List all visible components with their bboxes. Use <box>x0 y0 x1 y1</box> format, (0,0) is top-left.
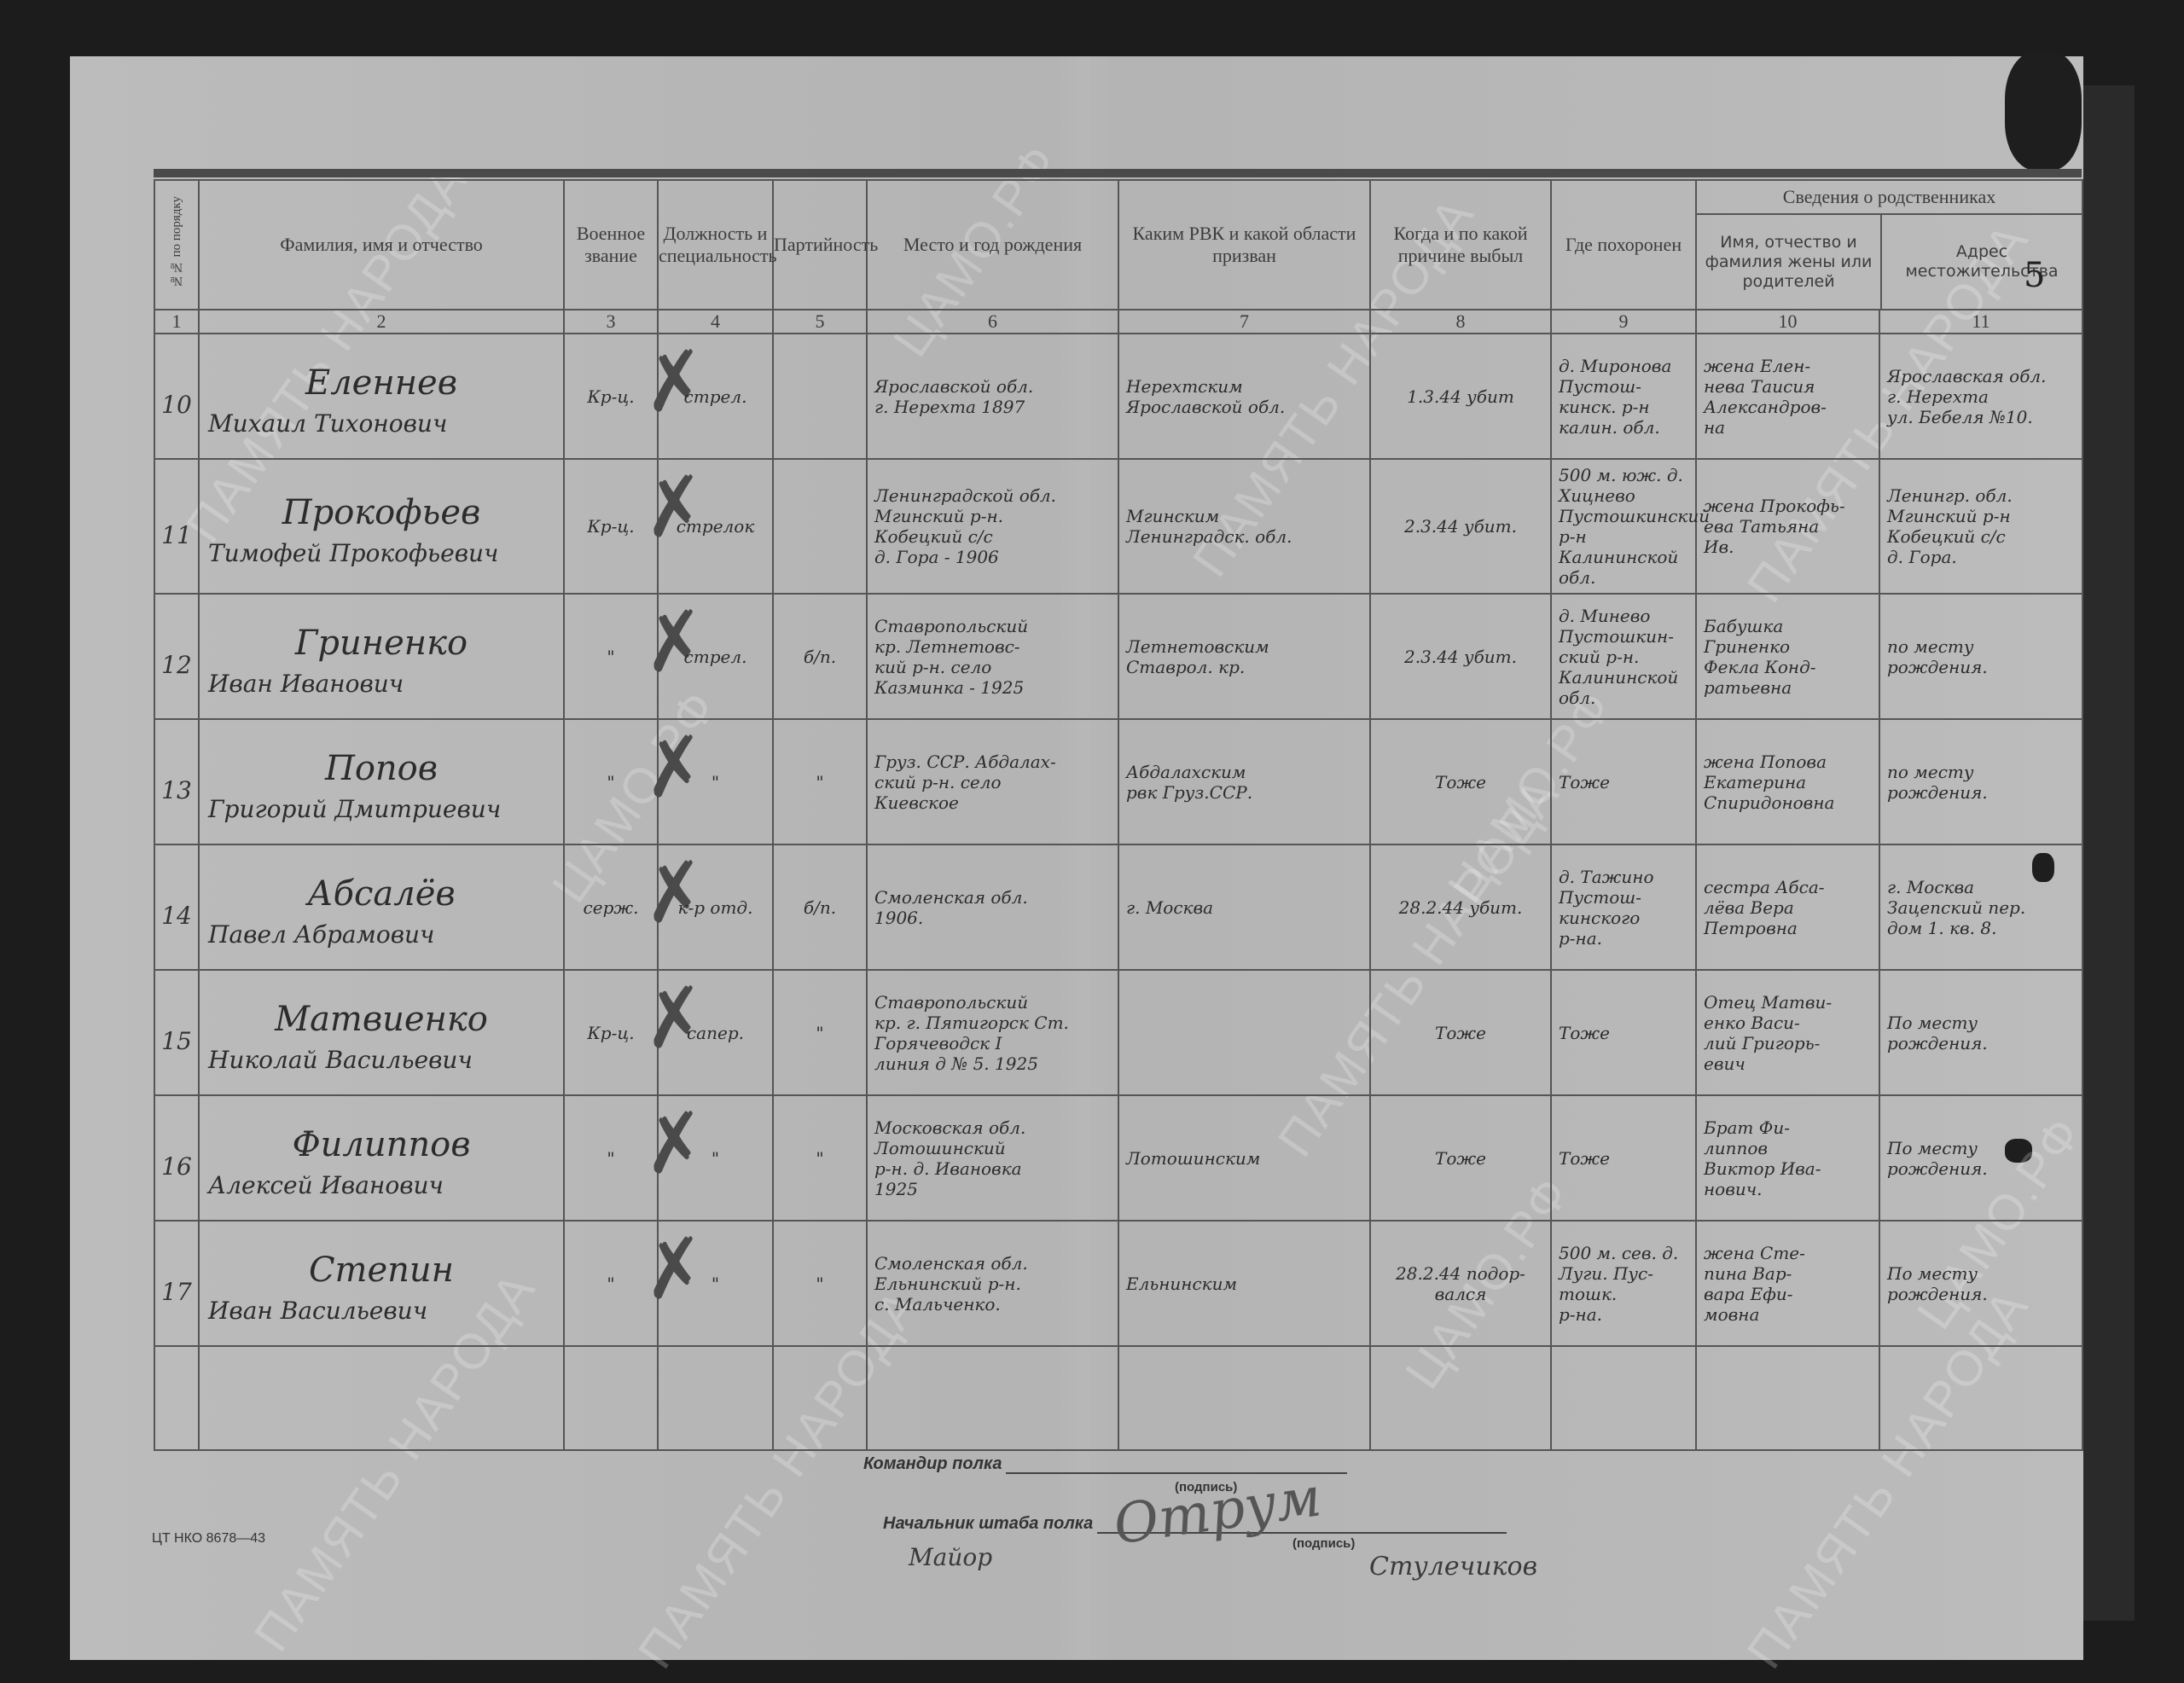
relative-cell: Брат Фи- липпов Виктор Ива- нович. <box>1696 1095 1879 1221</box>
position-cell: ✗стрел. <box>658 334 773 459</box>
draft-cell: Летнетовским Ставрол. кр. <box>1118 594 1370 719</box>
buried-cell: д. Минево Пустошкин- ский р-н. Калининск… <box>1551 594 1696 719</box>
relative-name: сестра Абса- лёва Вера Петровна <box>1697 872 1879 943</box>
draft-office: Лотошинским <box>1119 1143 1369 1174</box>
party-cell <box>773 459 867 594</box>
row-number-cell: 17 <box>154 1221 199 1346</box>
when-why-cell: 1.3.44 убит <box>1370 334 1551 459</box>
col-num-8: 8 <box>1370 310 1551 334</box>
buried-cell: д. Тажино Пустош- кинского р-на. <box>1551 844 1696 970</box>
chief-rank: Майор <box>909 1543 992 1571</box>
birth-place-year: Ленинградской обл. Мгинский р-н. Кобецки… <box>868 480 1118 572</box>
row-number: 16 <box>155 1135 198 1181</box>
burial-place: Тоже <box>1552 1143 1695 1174</box>
birth-cell: Ставропольский кр. Летнетовс- кий р-н. с… <box>867 594 1118 719</box>
when-why-cell: Тоже <box>1370 719 1551 844</box>
address: по месту рождения. <box>1880 631 2082 682</box>
draft-cell: Нерехтским Ярославской обл. <box>1118 334 1370 459</box>
birth-place-year: Ярославской обл. г. Нерехта 1897 <box>868 371 1118 422</box>
given-names: Алексей Иванович <box>200 1169 563 1204</box>
party-cell: б/п. <box>773 844 867 970</box>
header-when-why: Когда и по какой причине выбыл <box>1370 180 1551 310</box>
when-why: Тоже <box>1371 1018 1550 1048</box>
col-num-3: 3 <box>564 310 658 334</box>
birth-cell: Груз. ССР. Абдалах- ский р-н. село Киевс… <box>867 719 1118 844</box>
birth-place-year: Смоленская обл. Ельнинский р-н. с. Мальч… <box>868 1248 1118 1320</box>
given-names: Павел Абрамович <box>200 918 563 954</box>
chief-sig-caption: (подпись) <box>1292 1536 1355 1551</box>
position-cell: ✗" <box>658 1095 773 1221</box>
when-why-cell: 28.2.44 убит. <box>1370 844 1551 970</box>
address: по месту рождения. <box>1880 757 2082 808</box>
when-why: 2.3.44 убит. <box>1371 511 1550 542</box>
surname: Гриненко <box>200 611 563 667</box>
col-num-5: 5 <box>773 310 867 334</box>
party-cell: " <box>773 1095 867 1221</box>
when-why-cell: 28.2.44 подор- вался <box>1370 1221 1551 1346</box>
header-party: Партийность <box>773 180 867 310</box>
draft-cell: Абдалахским рвк Груз.ССР. <box>1118 719 1370 844</box>
party-cell <box>773 334 867 459</box>
given-names: Григорий Дмитриевич <box>200 792 563 828</box>
when-why: 1.3.44 убит <box>1371 381 1550 412</box>
when-why-cell: Тоже <box>1370 970 1551 1095</box>
party-cell: " <box>773 970 867 1095</box>
address: Ярославская обл. г. Нерехта ул. Бебеля №… <box>1880 361 2082 432</box>
col-num-1: 1 <box>154 310 199 334</box>
position: " <box>659 767 772 798</box>
given-names: Михаил Тихонович <box>200 407 563 443</box>
relative-cell: сестра Абса- лёва Вера Петровна <box>1696 844 1879 970</box>
surname: Матвиенко <box>200 987 563 1043</box>
burial-place: 500 м. юж. д. Хицнево Пустошкинский р-н … <box>1552 460 1695 593</box>
buried-cell: Тоже <box>1551 970 1696 1095</box>
when-why: 2.3.44 убит. <box>1371 641 1550 672</box>
birth-cell: Смоленская обл. Ельнинский р-н. с. Мальч… <box>867 1221 1118 1346</box>
chief-signature-block: Начальник штаба полка (подпись) Майор От… <box>883 1514 1507 1534</box>
address: По месту рождения. <box>1880 1007 2082 1059</box>
relative-name: жена Елен- нева Таисия Александров- на <box>1697 351 1879 443</box>
position-cell: ✗сапер. <box>658 970 773 1095</box>
header-rank: Военное звание <box>564 180 658 310</box>
relative-cell: жена Попова Екатерина Спиридоновна <box>1696 719 1879 844</box>
birth-cell: Московская обл. Лотошинский р-н. д. Иван… <box>867 1095 1118 1221</box>
party-cell: " <box>773 719 867 844</box>
buried-cell: Тоже <box>1551 1095 1696 1221</box>
position-cell: ✗" <box>658 719 773 844</box>
party-cell: б/п. <box>773 594 867 719</box>
column-number-row: 1 2 3 4 5 6 7 8 9 10 11 <box>154 310 2082 334</box>
position: " <box>659 1268 772 1299</box>
surname: Степин <box>200 1238 563 1294</box>
relative-name: жена Прокофь- ева Татьяна Ив. <box>1697 490 1879 562</box>
position-cell: ✗стрелок <box>658 459 773 594</box>
address: Ленингр. обл. Мгинский р-н Кобецкий с/с … <box>1880 480 2082 572</box>
birth-place-year: Груз. ССР. Абдалах- ский р-н. село Киевс… <box>868 746 1118 818</box>
party: " <box>774 1268 866 1299</box>
relative-cell: жена Сте- пина Вар- вара Ефи- мовна <box>1696 1221 1879 1346</box>
burial-place: д. Минево Пустошкин- ский р-н. Калининск… <box>1552 601 1695 713</box>
name-cell: Абсалёв Павел Абрамович <box>199 844 564 970</box>
name-cell: Прокофьев Тимофей Прокофьевич <box>199 459 564 594</box>
chief-label: Начальник штаба полка <box>883 1514 1093 1533</box>
address-cell: по месту рождения. <box>1879 594 2082 719</box>
row-number-cell: 16 <box>154 1095 199 1221</box>
buried-cell: 500 м. юж. д. Хицнево Пустошкинский р-н … <box>1551 459 1696 594</box>
draft-office: Мгинским Ленинградск. обл. <box>1119 501 1369 552</box>
when-why: 28.2.44 подор- вался <box>1371 1258 1550 1309</box>
header-relative-name: Имя, отчество и фамилия жены или родител… <box>1697 215 1882 309</box>
header-birth: Место и год рождения <box>867 180 1118 310</box>
name-cell: Степин Иван Васильевич <box>199 1221 564 1346</box>
row-number-cell: 13 <box>154 719 199 844</box>
header-address: Адрес местожительства <box>1882 215 2082 309</box>
row-number-cell: 11 <box>154 459 199 594</box>
birth-place-year: Смоленская обл. 1906. <box>868 882 1118 933</box>
row-number-cell: 10 <box>154 334 199 459</box>
surname: Прокофьев <box>200 480 563 537</box>
row-number: 13 <box>155 759 198 804</box>
header-name: Фамилия, имя и отчество <box>199 180 564 310</box>
birth-place-year: Ставропольский кр. г. Пятигорск Ст. Горя… <box>868 987 1118 1079</box>
relative-cell: Отец Матви- енко Васи- лий Григорь- евич <box>1696 970 1879 1095</box>
draft-office <box>1119 1028 1369 1038</box>
row-number: 15 <box>155 1010 198 1055</box>
header-position: Должность и специальность <box>658 180 773 310</box>
draft-office: Нерехтским Ярославской обл. <box>1119 371 1369 422</box>
relative-name: жена Сте- пина Вар- вара Ефи- мовна <box>1697 1238 1879 1330</box>
corner-mark: 5 <box>2024 256 2045 295</box>
address: По месту рождения. <box>1880 1258 2082 1309</box>
row-number: 14 <box>155 885 198 930</box>
draft-cell: Лотошинским <box>1118 1095 1370 1221</box>
when-why-cell: Тоже <box>1370 1095 1551 1221</box>
col-num-9: 9 <box>1551 310 1696 334</box>
position: сапер. <box>659 1018 772 1048</box>
col-num-6: 6 <box>867 310 1118 334</box>
burial-place: д. Миронова Пустош- кинск. р-н калин. об… <box>1552 351 1695 443</box>
when-why-cell: 2.3.44 убит. <box>1370 459 1551 594</box>
address: г. Москва Зацепский пер. дом 1. кв. 8. <box>1880 872 2082 943</box>
position: " <box>659 1143 772 1174</box>
party: б/п. <box>774 892 866 923</box>
when-why: Тоже <box>1371 1143 1550 1174</box>
header-relatives-group: Сведения о родственниках <box>1697 181 2082 215</box>
table-row: 12 Гриненко Иван Иванович " ✗стрел. б/п.… <box>154 594 2082 719</box>
relative-name: Бабушка Гриненко Фекла Конд- ратьевна <box>1697 611 1879 703</box>
birth-place-year: Ставропольский кр. Летнетовс- кий р-н. с… <box>868 611 1118 703</box>
header-row: №№ по порядку Фамилия, имя и отчество Во… <box>154 180 2082 310</box>
surname: Абсалёв <box>200 862 563 918</box>
address-cell: По месту рождения. <box>1879 970 2082 1095</box>
party: " <box>774 767 866 798</box>
draft-cell: Ельнинским <box>1118 1221 1370 1346</box>
draft-cell: г. Москва <box>1118 844 1370 970</box>
burial-place: Тоже <box>1552 1018 1695 1048</box>
surname: Попов <box>200 736 563 792</box>
relative-name: жена Попова Екатерина Спиридоновна <box>1697 746 1879 818</box>
row-number: 12 <box>155 634 198 679</box>
position: стрелок <box>659 511 772 542</box>
row-number-cell: 15 <box>154 970 199 1095</box>
name-cell: Гриненко Иван Иванович <box>199 594 564 719</box>
buried-cell: Тоже <box>1551 719 1696 844</box>
blank-row <box>154 1346 2082 1450</box>
party <box>774 521 866 531</box>
table-row: 13 Попов Григорий Дмитриевич " ✗" " Груз… <box>154 719 2082 844</box>
party: б/п. <box>774 641 866 672</box>
row-number: 17 <box>155 1261 198 1306</box>
surname: Филиппов <box>200 1112 563 1169</box>
draft-office: Абдалахским рвк Груз.ССР. <box>1119 757 1369 808</box>
chief-name: Стулечиков <box>1369 1552 1537 1581</box>
burial-place: 500 м. сев. д. Луги. Пус- тошк. р-на. <box>1552 1238 1695 1330</box>
party <box>774 392 866 402</box>
table-row: 10 Еленнев Михаил Тихонович Кр-ц. ✗стрел… <box>154 334 2082 459</box>
when-why-cell: 2.3.44 убит. <box>1370 594 1551 719</box>
name-cell: Филиппов Алексей Иванович <box>199 1095 564 1221</box>
relative-cell: жена Елен- нева Таисия Александров- на <box>1696 334 1879 459</box>
party-cell: " <box>773 1221 867 1346</box>
when-why: 28.2.44 убит. <box>1371 892 1550 923</box>
given-names: Николай Васильевич <box>200 1043 563 1079</box>
buried-cell: 500 м. сев. д. Луги. Пус- тошк. р-на. <box>1551 1221 1696 1346</box>
position: к-р отд. <box>659 892 772 923</box>
address: По месту рождения. <box>1880 1133 2082 1184</box>
name-cell: Попов Григорий Дмитриевич <box>199 719 564 844</box>
row-number-cell: 14 <box>154 844 199 970</box>
address-cell: Ярославская обл. г. Нерехта ул. Бебеля №… <box>1879 334 2082 459</box>
position-cell: ✗" <box>658 1221 773 1346</box>
col-num-10: 10 <box>1696 310 1879 334</box>
header-num: №№ по порядку <box>154 180 199 310</box>
when-why: Тоже <box>1371 767 1550 798</box>
torn-corner <box>2005 51 2082 171</box>
birth-cell: Ставропольский кр. г. Пятигорск Ст. Горя… <box>867 970 1118 1095</box>
position: стрел. <box>659 641 772 672</box>
table-row: 15 Матвиенко Николай Васильевич Кр-ц. ✗с… <box>154 970 2082 1095</box>
party: " <box>774 1018 866 1048</box>
buried-cell: д. Миронова Пустош- кинск. р-н калин. об… <box>1551 334 1696 459</box>
row-number: 11 <box>155 504 198 549</box>
given-names: Иван Васильевич <box>200 1294 563 1330</box>
page-edge <box>2083 85 2135 1621</box>
commander-label: Командир полка <box>863 1454 1002 1473</box>
table-row: 11 Прокофьев Тимофей Прокофьевич Кр-ц. ✗… <box>154 459 2082 594</box>
draft-cell: Мгинским Ленинградск. обл. <box>1118 459 1370 594</box>
burial-place: Тоже <box>1552 767 1695 798</box>
birth-place-year: Московская обл. Лотошинский р-н. д. Иван… <box>868 1112 1118 1204</box>
given-names: Тимофей Прокофьевич <box>200 537 563 572</box>
table-top-rule <box>154 169 2082 177</box>
burial-place: д. Тажино Пустош- кинского р-на. <box>1552 862 1695 954</box>
casualty-table: №№ по порядку Фамилия, имя и отчество Во… <box>154 179 2083 1451</box>
name-cell: Матвиенко Николай Васильевич <box>199 970 564 1095</box>
table-row: 16 Филиппов Алексей Иванович " ✗" " Моск… <box>154 1095 2082 1221</box>
position-cell: ✗стрел. <box>658 594 773 719</box>
relative-name: Брат Фи- липпов Виктор Ива- нович. <box>1697 1112 1879 1204</box>
col-num-4: 4 <box>658 310 773 334</box>
address-cell: г. Москва Зацепский пер. дом 1. кв. 8. <box>1879 844 2082 970</box>
surname: Еленнев <box>200 351 563 407</box>
col-num-11: 11 <box>1879 310 2082 334</box>
birth-cell: Ярославской обл. г. Нерехта 1897 <box>867 334 1118 459</box>
row-number: 10 <box>155 374 198 419</box>
name-cell: Еленнев Михаил Тихонович <box>199 334 564 459</box>
draft-cell <box>1118 970 1370 1095</box>
address-cell: По месту рождения. <box>1879 1221 2082 1346</box>
address-cell: по месту рождения. <box>1879 719 2082 844</box>
draft-office: Ельнинским <box>1119 1268 1369 1299</box>
form-code: ЦТ НКО 8678—43 <box>152 1531 265 1547</box>
birth-cell: Ленинградской обл. Мгинский р-н. Кобецки… <box>867 459 1118 594</box>
draft-office: г. Москва <box>1119 892 1369 923</box>
table-row: 17 Степин Иван Васильевич " ✗" " Смоленс… <box>154 1221 2082 1346</box>
table-row: 14 Абсалёв Павел Абрамович серж. ✗к-р от… <box>154 844 2082 970</box>
position-cell: ✗к-р отд. <box>658 844 773 970</box>
header-draft: Каким РВК и какой области призван <box>1118 180 1370 310</box>
col-num-2: 2 <box>199 310 564 334</box>
given-names: Иван Иванович <box>200 667 563 703</box>
col-num-7: 7 <box>1118 310 1370 334</box>
draft-office: Летнетовским Ставрол. кр. <box>1119 631 1369 682</box>
row-number-cell: 12 <box>154 594 199 719</box>
party: " <box>774 1143 866 1174</box>
birth-cell: Смоленская обл. 1906. <box>867 844 1118 970</box>
header-buried: Где похоронен <box>1551 180 1696 310</box>
relative-name: Отец Матви- енко Васи- лий Григорь- евич <box>1697 987 1879 1079</box>
relative-cell: жена Прокофь- ева Татьяна Ив. <box>1696 459 1879 594</box>
address-cell: По месту рождения. <box>1879 1095 2082 1221</box>
address-cell: Ленингр. обл. Мгинский р-н Кобецкий с/с … <box>1879 459 2082 594</box>
position: стрел. <box>659 381 772 412</box>
relative-cell: Бабушка Гриненко Фекла Конд- ратьевна <box>1696 594 1879 719</box>
